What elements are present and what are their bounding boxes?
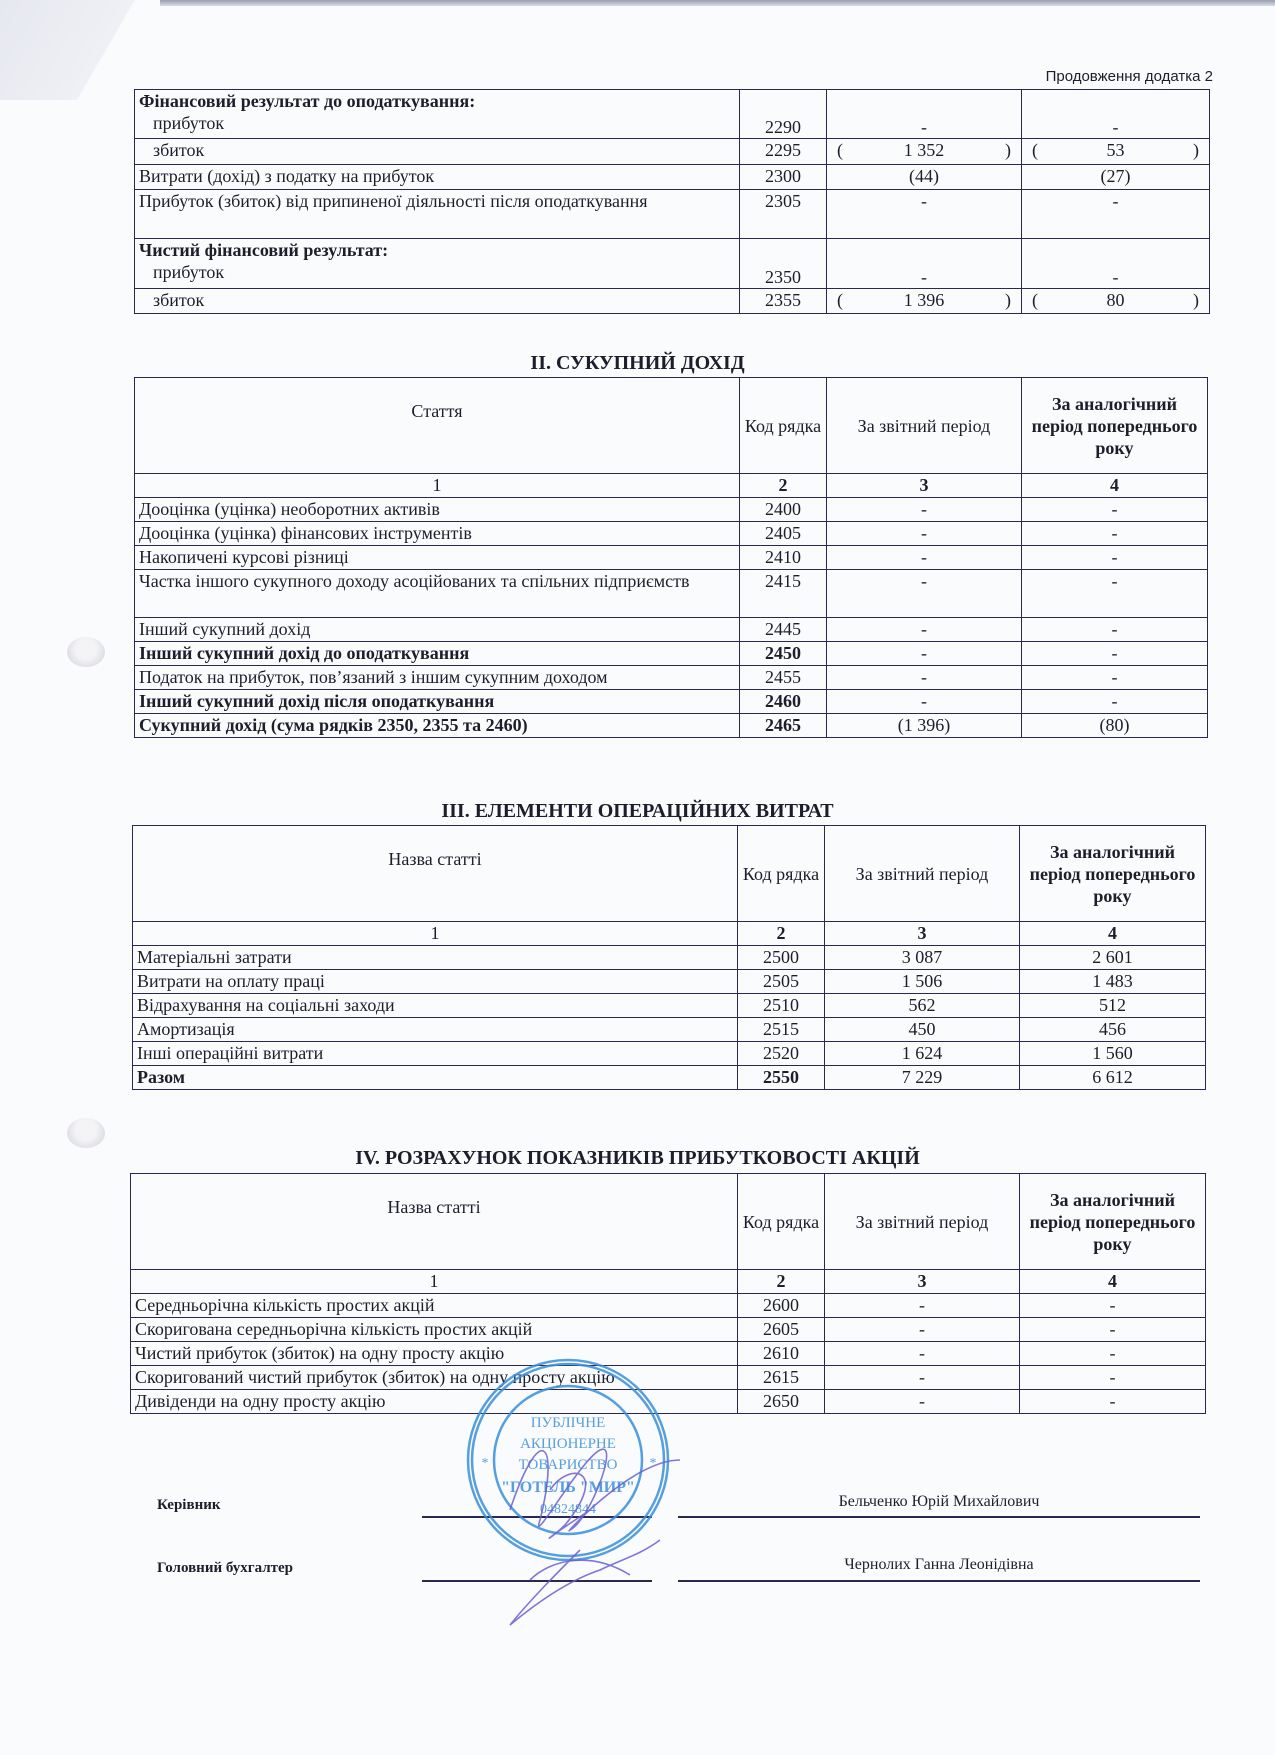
table-row: Разом25507 2296 612 bbox=[133, 1066, 1206, 1090]
column-header: За аналогічний період попереднього року bbox=[1020, 826, 1206, 922]
value-previous: - bbox=[1022, 498, 1208, 522]
value-current: (1 352) bbox=[827, 139, 1022, 165]
table-row: Накопичені курсові різниці2410-- bbox=[135, 546, 1208, 570]
value-current: - bbox=[827, 618, 1022, 642]
value-current: 450 bbox=[825, 1018, 1020, 1042]
director-name: Бельченко Юрій Михайлович bbox=[678, 1493, 1200, 1511]
value-previous: - bbox=[1022, 666, 1208, 690]
table-row: Витрати (дохід) з податку на прибуток 23… bbox=[135, 165, 1210, 190]
section-4-title: IV. РОЗРАХУНОК ПОКАЗНИКІВ ПРИБУТКОВОСТІ … bbox=[0, 1147, 1275, 1170]
column-number: 3 bbox=[825, 922, 1020, 946]
value-previous: (27) bbox=[1022, 165, 1210, 190]
value-previous: 2 601 bbox=[1020, 946, 1206, 970]
value-current: - bbox=[825, 1390, 1020, 1414]
row-code: 2450 bbox=[740, 642, 827, 666]
svg-text:*: * bbox=[482, 1456, 489, 1471]
value-current: - bbox=[827, 546, 1022, 570]
value-previous: 1 483 bbox=[1020, 970, 1206, 994]
row-label: Разом bbox=[133, 1066, 738, 1090]
punch-hole-icon bbox=[67, 1118, 105, 1148]
row-label: Дооцінка (уцінка) фінансових інструменті… bbox=[135, 522, 740, 546]
row-code: 2400 bbox=[740, 498, 827, 522]
row-code: 2500 bbox=[738, 946, 825, 970]
row-label: Скоригована середньорічна кількість прос… bbox=[131, 1318, 738, 1342]
row-code: 2300 bbox=[740, 165, 827, 190]
svg-text:04824844: 04824844 bbox=[540, 1502, 596, 1517]
table-row: Інший сукупний дохід до оподаткування245… bbox=[135, 642, 1208, 666]
value-previous: - bbox=[1022, 570, 1208, 618]
row-code: 2295 bbox=[740, 139, 827, 165]
section-3-title: III. ЕЛЕМЕНТИ ОПЕРАЦІЙНИХ ВИТРАТ bbox=[0, 800, 1275, 823]
header-row: СтаттяКод рядкаЗа звітний періодЗа анало… bbox=[135, 378, 1208, 474]
table-row: збиток 2295 (1 352) (53) bbox=[135, 139, 1210, 165]
column-header: За аналогічний період попереднього року bbox=[1020, 1174, 1206, 1270]
column-header: Код рядка bbox=[738, 826, 825, 922]
svg-text:ТОВАРИСТВО: ТОВАРИСТВО bbox=[519, 1457, 618, 1473]
table-row: Інший сукупний дохід2445-- bbox=[135, 618, 1208, 642]
row-label: Інший сукупний дохід після оподаткування bbox=[135, 690, 740, 714]
value-current: - bbox=[825, 1366, 1020, 1390]
value-previous: - bbox=[1020, 1366, 1206, 1390]
value-previous: - bbox=[1020, 1390, 1206, 1414]
value-current: 7 229 bbox=[825, 1066, 1020, 1090]
value-current: - bbox=[827, 690, 1022, 714]
column-number-row: 1234 bbox=[135, 474, 1208, 498]
financial-result-table: Фінансовий результат до оподаткування: п… bbox=[134, 89, 1210, 314]
value-previous: - bbox=[1022, 190, 1210, 239]
page-top-edge bbox=[160, 0, 1275, 6]
operating-expenses-table: Назва статтіКод рядкаЗа звітний періодЗа… bbox=[132, 825, 1206, 1090]
row-label: Інші операційні витрати bbox=[133, 1042, 738, 1066]
value-previous: - bbox=[1022, 90, 1210, 139]
value-previous: 6 612 bbox=[1020, 1066, 1206, 1090]
comprehensive-income-table: СтаттяКод рядкаЗа звітний періодЗа анало… bbox=[134, 377, 1208, 738]
column-number: 3 bbox=[825, 1270, 1020, 1294]
table-row: Скоригована середньорічна кількість прос… bbox=[131, 1318, 1206, 1342]
row-code: 2445 bbox=[740, 618, 827, 642]
column-header: Код рядка bbox=[738, 1174, 825, 1270]
value-previous: (80) bbox=[1022, 289, 1210, 314]
column-number: 2 bbox=[738, 922, 825, 946]
value-current: - bbox=[827, 522, 1022, 546]
svg-text:ПУБЛІЧНЕ: ПУБЛІЧНЕ bbox=[531, 1415, 606, 1431]
column-number: 3 bbox=[827, 474, 1022, 498]
value-previous: - bbox=[1022, 546, 1208, 570]
row-code: 2515 bbox=[738, 1018, 825, 1042]
value-previous: 512 bbox=[1020, 994, 1206, 1018]
value-current: (1 396) bbox=[827, 714, 1022, 738]
row-label: Скоригований чистий прибуток (збиток) на… bbox=[131, 1366, 738, 1390]
row-label: Дивіденди на одну просту акцію bbox=[131, 1390, 738, 1414]
header-row: Назва статтіКод рядкаЗа звітний періодЗа… bbox=[133, 826, 1206, 922]
row-code: 2610 bbox=[738, 1342, 825, 1366]
column-number: 4 bbox=[1020, 1270, 1206, 1294]
value-previous: - bbox=[1022, 690, 1208, 714]
accountant-signature-line bbox=[422, 1580, 652, 1582]
row-label: Витрати на оплату праці bbox=[133, 970, 738, 994]
row-label: Частка іншого сукупного доходу асоційова… bbox=[135, 570, 740, 618]
row-code: 2465 bbox=[740, 714, 827, 738]
column-number: 2 bbox=[738, 1270, 825, 1294]
row-code: 2615 bbox=[738, 1366, 825, 1390]
document-page: Продовження додатка 2 Фінансовий результ… bbox=[0, 0, 1275, 1755]
value-previous: - bbox=[1022, 522, 1208, 546]
column-header: Стаття bbox=[135, 378, 740, 474]
row-code: 2350 bbox=[740, 239, 827, 289]
table-row: Прибуток (збиток) від припиненої діяльно… bbox=[135, 190, 1210, 239]
accountant-label: Головний бухгалтер bbox=[157, 1560, 293, 1577]
table-row: Дивіденди на одну просту акцію2650-- bbox=[131, 1390, 1206, 1414]
table-row: Інші операційні витрати25201 6241 560 bbox=[133, 1042, 1206, 1066]
table-row: збиток 2355 (1 396) (80) bbox=[135, 289, 1210, 314]
value-current: 3 087 bbox=[825, 946, 1020, 970]
director-signature-line bbox=[422, 1516, 652, 1518]
table-row: Частка іншого сукупного доходу асоційова… bbox=[135, 570, 1208, 618]
value-previous: - bbox=[1020, 1294, 1206, 1318]
value-previous: - bbox=[1022, 239, 1210, 289]
column-number: 1 bbox=[131, 1270, 738, 1294]
column-header: За аналогічний період попереднього року bbox=[1022, 378, 1208, 474]
signature-scribble-icon bbox=[470, 1400, 690, 1630]
row-label: Сукупний дохід (сума рядків 2350, 2355 т… bbox=[135, 714, 740, 738]
row-code: 2505 bbox=[738, 970, 825, 994]
value-previous: (53) bbox=[1022, 139, 1210, 165]
row-code: 2305 bbox=[740, 190, 827, 239]
column-number: 2 bbox=[740, 474, 827, 498]
row-code: 2355 bbox=[740, 289, 827, 314]
column-number: 4 bbox=[1022, 474, 1208, 498]
table-row: Податок на прибуток, пов’язаний з іншим … bbox=[135, 666, 1208, 690]
row-label: Інший сукупний дохід до оподаткування bbox=[135, 642, 740, 666]
table-row: Амортизація2515450456 bbox=[133, 1018, 1206, 1042]
value-previous: - bbox=[1022, 618, 1208, 642]
value-current: - bbox=[825, 1318, 1020, 1342]
column-number-row: 1234 bbox=[133, 922, 1206, 946]
row-label: Інший сукупний дохід bbox=[135, 618, 740, 642]
row-code: 2650 bbox=[738, 1390, 825, 1414]
value-previous: 1 560 bbox=[1020, 1042, 1206, 1066]
row-label: Витрати (дохід) з податку на прибуток bbox=[135, 165, 740, 190]
table-row: Середньорічна кількість простих акцій260… bbox=[131, 1294, 1206, 1318]
svg-text:"ГОТЕЛЬ "МИР": "ГОТЕЛЬ "МИР" bbox=[501, 1479, 635, 1496]
value-current: 1 624 bbox=[825, 1042, 1020, 1066]
value-previous: - bbox=[1020, 1342, 1206, 1366]
value-current: - bbox=[827, 666, 1022, 690]
value-current: - bbox=[825, 1294, 1020, 1318]
row-label: збиток bbox=[135, 139, 740, 165]
row-label: Відрахування на соціальні заходи bbox=[133, 994, 738, 1018]
row-code: 2405 bbox=[740, 522, 827, 546]
value-current: 1 506 bbox=[825, 970, 1020, 994]
row-label: Амортизація bbox=[133, 1018, 738, 1042]
value-current: - bbox=[827, 190, 1022, 239]
value-previous: (80) bbox=[1022, 714, 1208, 738]
value-current: - bbox=[827, 498, 1022, 522]
row-label: Прибуток (збиток) від припиненої діяльно… bbox=[135, 190, 740, 239]
row-label: збиток bbox=[135, 289, 740, 314]
table-row: Дооцінка (уцінка) фінансових інструменті… bbox=[135, 522, 1208, 546]
row-label: Чистий прибуток (збиток) на одну просту … bbox=[131, 1342, 738, 1366]
column-header: За звітний період bbox=[825, 1174, 1020, 1270]
row-code: 2550 bbox=[738, 1066, 825, 1090]
row-label: Середньорічна кількість простих акцій bbox=[131, 1294, 738, 1318]
value-current: - bbox=[827, 570, 1022, 618]
value-current: - bbox=[825, 1342, 1020, 1366]
row-label: Дооцінка (уцінка) необоротних активів bbox=[135, 498, 740, 522]
share-profitability-table: Назва статтіКод рядкаЗа звітний періодЗа… bbox=[130, 1173, 1206, 1414]
value-previous: 456 bbox=[1020, 1018, 1206, 1042]
row-code: 2290 bbox=[740, 90, 827, 139]
value-current: - bbox=[827, 642, 1022, 666]
row-code: 2410 bbox=[740, 546, 827, 570]
value-current: (44) bbox=[827, 165, 1022, 190]
column-number-row: 1234 bbox=[131, 1270, 1206, 1294]
table-row: Матеріальні затрати25003 0872 601 bbox=[133, 946, 1206, 970]
row-code: 2455 bbox=[740, 666, 827, 690]
row-label: Матеріальні затрати bbox=[133, 946, 738, 970]
table-row: Чистий фінансовий результат: прибуток 23… bbox=[135, 239, 1210, 289]
row-label: Чистий фінансовий результат: прибуток bbox=[135, 239, 740, 289]
row-code: 2605 bbox=[738, 1318, 825, 1342]
svg-text:*: * bbox=[650, 1456, 657, 1471]
row-code: 2510 bbox=[738, 994, 825, 1018]
svg-text:АКЦІОНЕРНЕ: АКЦІОНЕРНЕ bbox=[520, 1436, 616, 1452]
row-label: Фінансовий результат до оподаткування: п… bbox=[135, 90, 740, 139]
accountant-name: Чернолих Ганна Леонідівна bbox=[678, 1556, 1200, 1574]
value-previous: - bbox=[1020, 1318, 1206, 1342]
accountant-name-line bbox=[678, 1580, 1200, 1582]
row-label: Податок на прибуток, пов’язаний з іншим … bbox=[135, 666, 740, 690]
column-number: 1 bbox=[135, 474, 740, 498]
row-code: 2600 bbox=[738, 1294, 825, 1318]
column-number: 1 bbox=[133, 922, 738, 946]
table-row: Чистий прибуток (збиток) на одну просту … bbox=[131, 1342, 1206, 1366]
table-row: Сукупний дохід (сума рядків 2350, 2355 т… bbox=[135, 714, 1208, 738]
value-current: - bbox=[827, 90, 1022, 139]
table-row: Інший сукупний дохід після оподаткування… bbox=[135, 690, 1208, 714]
column-number: 4 bbox=[1020, 922, 1206, 946]
column-header: Назва статті bbox=[133, 826, 738, 922]
table-row: Відрахування на соціальні заходи25105625… bbox=[133, 994, 1206, 1018]
director-name-line bbox=[678, 1516, 1200, 1518]
column-header: Назва статті bbox=[131, 1174, 738, 1270]
table-row: Витрати на оплату праці25051 5061 483 bbox=[133, 970, 1206, 994]
continuation-note: Продовження додатка 2 bbox=[1046, 68, 1213, 85]
row-code: 2415 bbox=[740, 570, 827, 618]
column-header: Код рядка bbox=[740, 378, 827, 474]
value-current: (1 396) bbox=[827, 289, 1022, 314]
row-code: 2520 bbox=[738, 1042, 825, 1066]
value-previous: - bbox=[1022, 642, 1208, 666]
column-header: За звітний період bbox=[827, 378, 1022, 474]
row-label: Накопичені курсові різниці bbox=[135, 546, 740, 570]
table-row: Скоригований чистий прибуток (збиток) на… bbox=[131, 1366, 1206, 1390]
table-row: Дооцінка (уцінка) необоротних активів240… bbox=[135, 498, 1208, 522]
section-2-title: II. СУКУПНИЙ ДОХІД bbox=[0, 352, 1275, 375]
page-fold-shadow bbox=[0, 0, 165, 100]
punch-hole-icon bbox=[67, 637, 105, 667]
value-current: - bbox=[827, 239, 1022, 289]
header-row: Назва статтіКод рядкаЗа звітний періодЗа… bbox=[131, 1174, 1206, 1270]
column-header: За звітний період bbox=[825, 826, 1020, 922]
director-label: Керівник bbox=[157, 1497, 221, 1514]
value-current: 562 bbox=[825, 994, 1020, 1018]
row-code: 2460 bbox=[740, 690, 827, 714]
table-row: Фінансовий результат до оподаткування: п… bbox=[135, 90, 1210, 139]
